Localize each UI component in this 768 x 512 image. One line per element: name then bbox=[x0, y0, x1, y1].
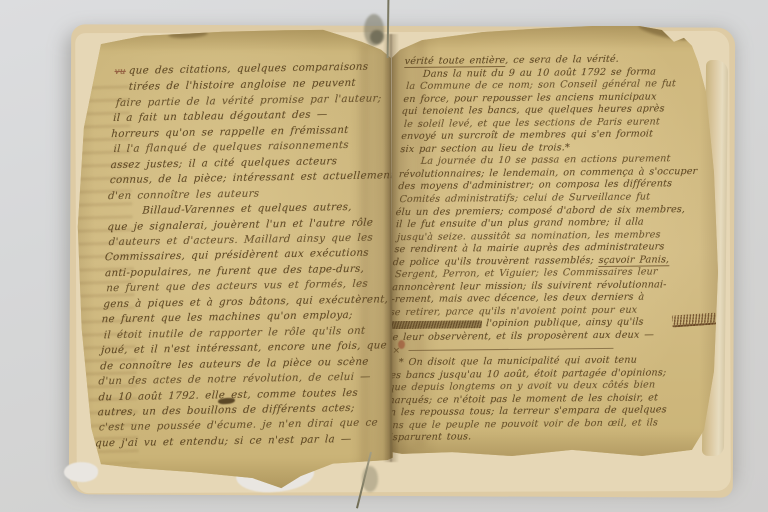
line-text: ne furent que des acteurs vus et formés,… bbox=[106, 278, 368, 295]
line-text: la Commune de ce nom; son Conseil généra… bbox=[406, 78, 676, 92]
line-text: tirées de l'histoire angloise ne peuvent bbox=[128, 77, 356, 93]
binding-gutter bbox=[383, 34, 399, 462]
line-text: il a fait un tableau dégoutant des — bbox=[113, 109, 328, 125]
red-margin-mark bbox=[398, 340, 405, 349]
line-text: il étoit inutile de rapporter le rôle qu… bbox=[103, 324, 365, 341]
underlined-text: vérité toute entière bbox=[404, 55, 505, 68]
line-text: horreurs qu'on se rappelle en frémissant bbox=[111, 124, 349, 140]
line-text: La journée du 10 se passa en actions pur… bbox=[420, 154, 670, 168]
line-text: que j'ai vu et entendu; si ce n'est par … bbox=[95, 433, 352, 449]
line-text: on les repoussa tous; la terreur s'empar… bbox=[383, 405, 667, 419]
line-text: de police qu'ils trouvèrent rassemblés; bbox=[392, 255, 599, 268]
line-text: Commissaires, qui présidèrent aux exécut… bbox=[105, 247, 370, 264]
line-text: assez justes; il a cité quelques acteurs bbox=[110, 155, 337, 171]
line-text: ne furent que les machines qu'on employa… bbox=[101, 309, 353, 325]
binding-thread-knot bbox=[370, 30, 384, 44]
right-page-text: vérité toute entière, ce sera de la véri… bbox=[383, 53, 718, 445]
line-text: que depuis longtems on y avoit vu deux c… bbox=[388, 380, 656, 394]
manuscript-photo: vuque des citations, quelques comparaiso… bbox=[0, 0, 768, 512]
line-text: en force, pour repousser les anciens mun… bbox=[403, 91, 657, 105]
line-text: marqués; ce n'étoit pas le moment de les… bbox=[385, 392, 658, 406]
line-text: -rement, mais avec décence, les deux der… bbox=[391, 292, 644, 306]
line-text: il le fut ensuite d'un plus grand nombre… bbox=[396, 217, 644, 231]
line-text: il l'a flanqué de quelques raisonnements bbox=[113, 139, 349, 155]
line-text: Sergent, Perron, et Viguier; les Commiss… bbox=[395, 267, 658, 281]
crossed-out-scribble bbox=[390, 320, 482, 329]
underlined-text: sçavoir Panis, bbox=[598, 254, 669, 267]
right-page: vérité toute entière, ce sera de la véri… bbox=[392, 22, 726, 464]
line-text: six par section au lieu de trois.* bbox=[400, 142, 570, 155]
divider-line bbox=[408, 348, 613, 351]
line-text: se retirer, parce qu'ils n'avoient point… bbox=[389, 305, 637, 319]
line-text: des moyens d'administrer; on composa les… bbox=[398, 179, 673, 193]
margin-annotation-scrawl bbox=[672, 312, 717, 327]
line-text: Dans la nuit du 9 au 10 août 1792 se for… bbox=[423, 66, 657, 79]
line-text: Comités administratifs; celui de Surveil… bbox=[399, 191, 650, 205]
manuscript-line: disparurent tous. bbox=[383, 429, 696, 445]
line-text: qui tenoient les bancs, que quelques heu… bbox=[401, 103, 665, 117]
left-page-text: vuque des citations, quelques comparaiso… bbox=[96, 59, 394, 452]
line-text: le soleil levé, et que les sections de P… bbox=[404, 116, 661, 130]
line-text: l'opinion publique, ainsy qu'ils bbox=[486, 317, 644, 330]
line-text: , ce sera de la vérité. bbox=[505, 54, 619, 66]
line-text: se rendirent à la mairie auprès des admi… bbox=[394, 242, 665, 256]
line-text: uns que le peuple ne pouvoit voir de bon… bbox=[386, 417, 659, 431]
left-page: vuque des citations, quelques comparaiso… bbox=[72, 28, 394, 490]
line-text: d'auteurs et d'acteurs. Maillard ainsy q… bbox=[108, 232, 373, 249]
line-text: autres, un des bouillons de différents a… bbox=[97, 402, 355, 418]
line-text: le leur observèrent, et ils proposèrent … bbox=[389, 329, 654, 343]
line-text: anti-populaires, ne furent que des tape-… bbox=[105, 263, 365, 280]
line-text: que des citations, quelques comparaisons bbox=[129, 61, 369, 77]
line-text: élu un des premiers; composé d'abord de … bbox=[395, 204, 685, 218]
line-text: d'en connoître les auteurs bbox=[108, 187, 260, 202]
line-text: * On disoit que la municipalité qui avoi… bbox=[398, 355, 637, 369]
struck-word: vu bbox=[114, 67, 126, 77]
line-text: Billaud-Varennes et quelques autres, bbox=[142, 201, 352, 217]
line-text: jusqu'à seize. aussitôt sa nomination, l… bbox=[397, 229, 661, 243]
line-text: envoyé un surcroît de membres qui s'en f… bbox=[401, 129, 653, 143]
